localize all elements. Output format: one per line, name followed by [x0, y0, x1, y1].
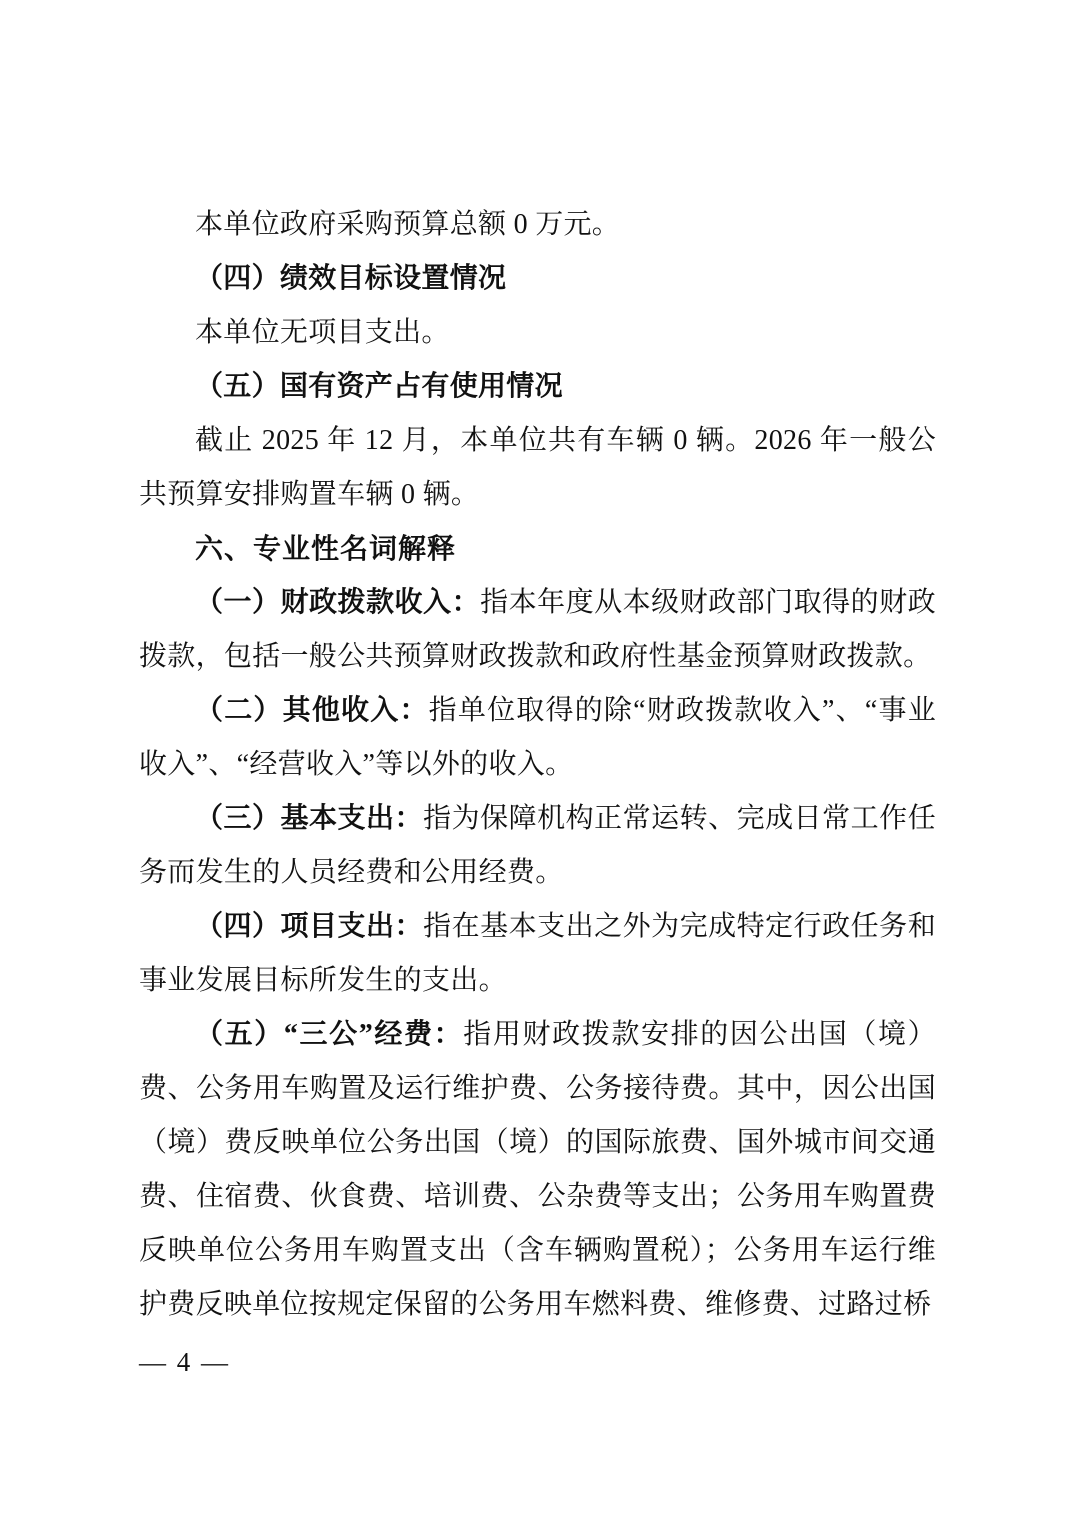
subheading-performance-targets: （四）绩效目标设置情况	[139, 252, 936, 306]
term-definition: 指用财政拨款安排的因公出国（境）费、公务用车购置及运行维护费、公务接待费。其中，…	[139, 1019, 936, 1320]
term-label: （五）“三公”经费：	[195, 1019, 463, 1050]
term-label: （一）财政拨款收入：	[195, 587, 480, 618]
term-three-public-funds: （五）“三公”经费：指用财政拨款安排的因公出国（境）费、公务用车购置及运行维护费…	[139, 1008, 936, 1332]
term-other-income: （二）其他收入：指单位取得的除“财政拨款收入”、“事业收入”、“经营收入”等以外…	[139, 684, 936, 792]
document-body: 本单位政府采购预算总额 0 万元。 （四）绩效目标设置情况 本单位无项目支出。 …	[139, 198, 936, 1332]
term-project-expenditure: （四）项目支出：指在基本支出之外为完成特定行政任务和事业发展目标所发生的支出。	[139, 900, 936, 1008]
para-no-project-expenditure: 本单位无项目支出。	[139, 306, 936, 360]
term-basic-expenditure: （三）基本支出：指为保障机构正常运转、完成日常工作任务而发生的人员经费和公用经费…	[139, 792, 936, 900]
term-fiscal-appropriation-income: （一）财政拨款收入：指本年度从本级财政部门取得的财政拨款，包括一般公共预算财政拨…	[139, 576, 936, 684]
para-procurement-total: 本单位政府采购预算总额 0 万元。	[139, 198, 936, 252]
para-vehicles: 截止 2025 年 12 月，本单位共有车辆 0 辆。2026 年一般公共预算安…	[139, 414, 936, 522]
subheading-state-assets: （五）国有资产占有使用情况	[139, 360, 936, 414]
document-page: 本单位政府采购预算总额 0 万元。 （四）绩效目标设置情况 本单位无项目支出。 …	[0, 0, 1074, 1520]
term-label: （三）基本支出：	[195, 803, 423, 834]
term-label: （二）其他收入：	[195, 695, 429, 726]
term-label: （四）项目支出：	[195, 911, 423, 942]
heading-terminology: 六、专业性名词解释	[139, 522, 936, 576]
page-number: — 4 —	[139, 1342, 230, 1382]
